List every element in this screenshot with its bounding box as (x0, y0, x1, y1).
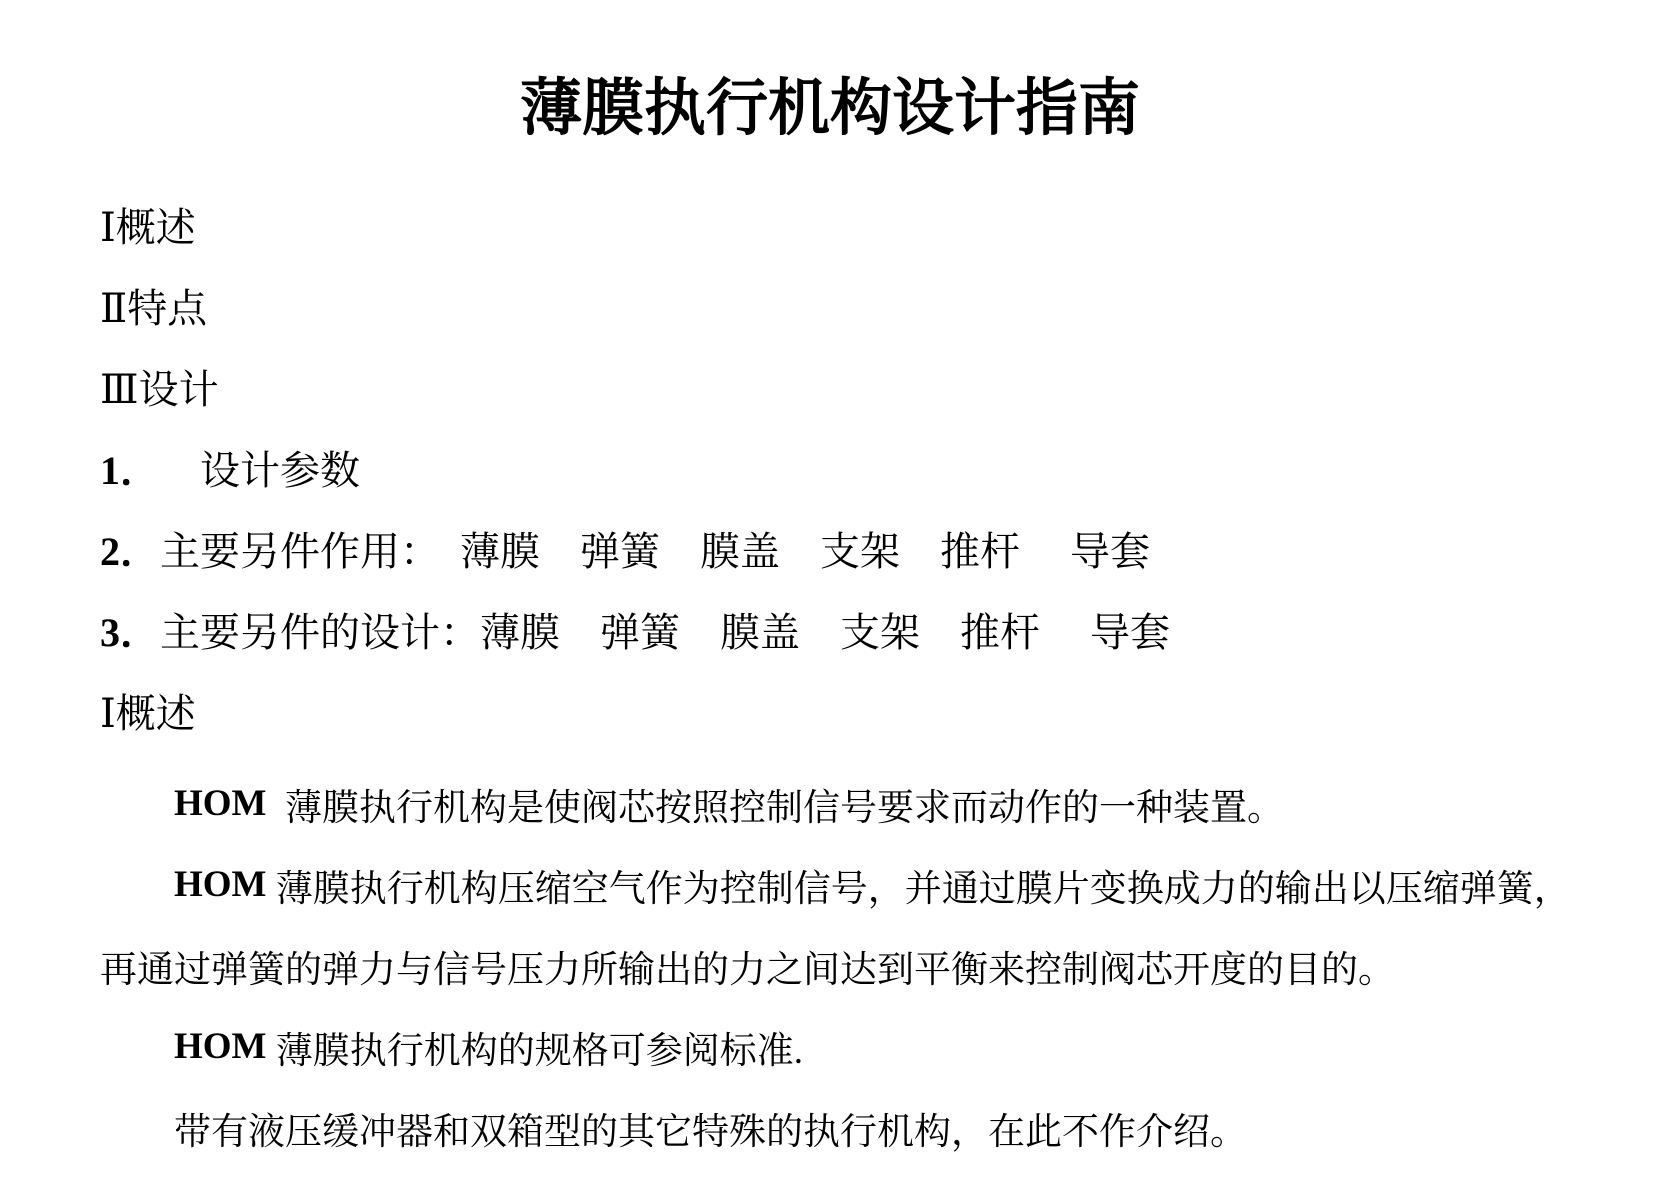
paragraph-1-keyword: HOM (174, 782, 266, 825)
paragraph-2-line-2-text: 再通过弹簧的弹力与信号压力所输出的力之间达到平衡来控制阀芯开度的目的。 (100, 939, 1395, 993)
toc-item-features: Ⅱ特点 (100, 265, 1560, 346)
list-item-3-text: 主要另件的设计：薄膜 弹簧 膜盖 支架 推杆 导套 (160, 601, 1170, 658)
paragraph-1-text: 薄膜执行机构是使阀芯按照控制信号要求而动作的一种装置。 (266, 777, 1284, 831)
section-heading-overview: Ⅰ概述 (100, 670, 1560, 751)
section-heading-overview-label: Ⅰ概述 (100, 682, 196, 739)
list-item-1: 1． 设计参数 (100, 427, 1560, 508)
paragraph-2-keyword: HOM (174, 863, 266, 906)
toc-item-design-label: Ⅲ设计 (100, 358, 219, 415)
list-item-1-text: 设计参数 (160, 439, 360, 496)
list-item-1-number: 1． (100, 439, 160, 496)
toc-item-design: Ⅲ设计 (100, 346, 1560, 427)
paragraph-4-text: 带有液压缓冲器和双箱型的其它特殊的执行机构，在此不作介绍。 (174, 1101, 1247, 1155)
paragraph-2-line-1-text: 薄膜执行机构压缩空气作为控制信号，并通过膜片变换成力的输出以压缩弹簧， (266, 858, 1570, 912)
list-item-3-number: 3． (100, 601, 160, 658)
list-item-2-text: 主要另件作用： 薄膜 弹簧 膜盖 支架 推杆 导套 (160, 520, 1150, 577)
list-item-2-number: 2． (100, 520, 160, 577)
document-page: 薄膜执行机构设计指南 Ⅰ概述 Ⅱ特点 Ⅲ设计 1． 设计参数 2．主要另件作用：… (0, 0, 1660, 1168)
paragraph-2-line-1: HOM 薄膜执行机构压缩空气作为控制信号，并通过膜片变换成力的输出以压缩弹簧， (100, 844, 1560, 925)
paragraph-2-line-2: 再通过弹簧的弹力与信号压力所输出的力之间达到平衡来控制阀芯开度的目的。 (100, 925, 1560, 1006)
paragraph-3-text: 薄膜执行机构的规格可参阅标准. (266, 1020, 803, 1074)
paragraph-4: 带有液压缓冲器和双箱型的其它特殊的执行机构，在此不作介绍。 (100, 1087, 1560, 1168)
paragraph-3-keyword: HOM (174, 1025, 266, 1068)
paragraph-3: HOM 薄膜执行机构的规格可参阅标准. (100, 1006, 1560, 1087)
paragraph-1: HOM 薄膜执行机构是使阀芯按照控制信号要求而动作的一种装置。 (100, 763, 1560, 844)
toc-item-overview: Ⅰ概述 (100, 184, 1560, 265)
toc-item-overview-label: Ⅰ概述 (100, 196, 196, 253)
list-item-3: 3．主要另件的设计：薄膜 弹簧 膜盖 支架 推杆 导套 (100, 589, 1560, 670)
document-title: 薄膜执行机构设计指南 (100, 0, 1560, 142)
list-item-2: 2．主要另件作用： 薄膜 弹簧 膜盖 支架 推杆 导套 (100, 508, 1560, 589)
toc-item-features-label: Ⅱ特点 (100, 277, 207, 334)
